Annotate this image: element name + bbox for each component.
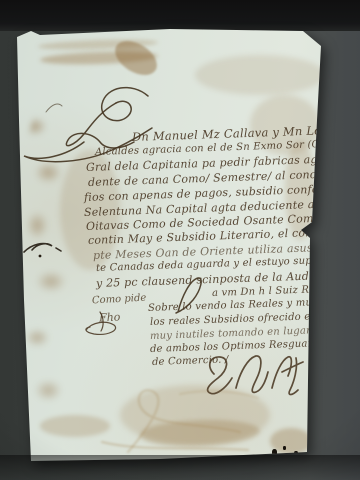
manuscript-line: de Comercio. / bbox=[152, 354, 229, 368]
manuscript-paper: Dn Manuel Mz Callava y Mn Lop Alcaldes a… bbox=[0, 0, 360, 480]
margin-note-fecho: Fho bbox=[99, 310, 121, 324]
backdrop-bottom-shade bbox=[0, 455, 360, 480]
manuscript-line: a vm Dn h l Suiz Rodmo bbox=[212, 284, 338, 299]
paper-shadow: Dn Manuel Mz Callava y Mn Lop Alcaldes a… bbox=[0, 0, 360, 480]
ink-speck bbox=[24, 419, 27, 425]
manuscript-text: Dn Manuel Mz Callava y Mn Lop Alcaldes a… bbox=[0, 0, 360, 480]
photographed-manuscript: Dn Manuel Mz Callava y Mn Lop Alcaldes a… bbox=[0, 0, 360, 480]
ink-speck bbox=[23, 429, 27, 434]
ink-speck bbox=[22, 406, 26, 413]
margin-note-approval: Como pide bbox=[92, 293, 147, 307]
ink-speck bbox=[283, 446, 286, 450]
